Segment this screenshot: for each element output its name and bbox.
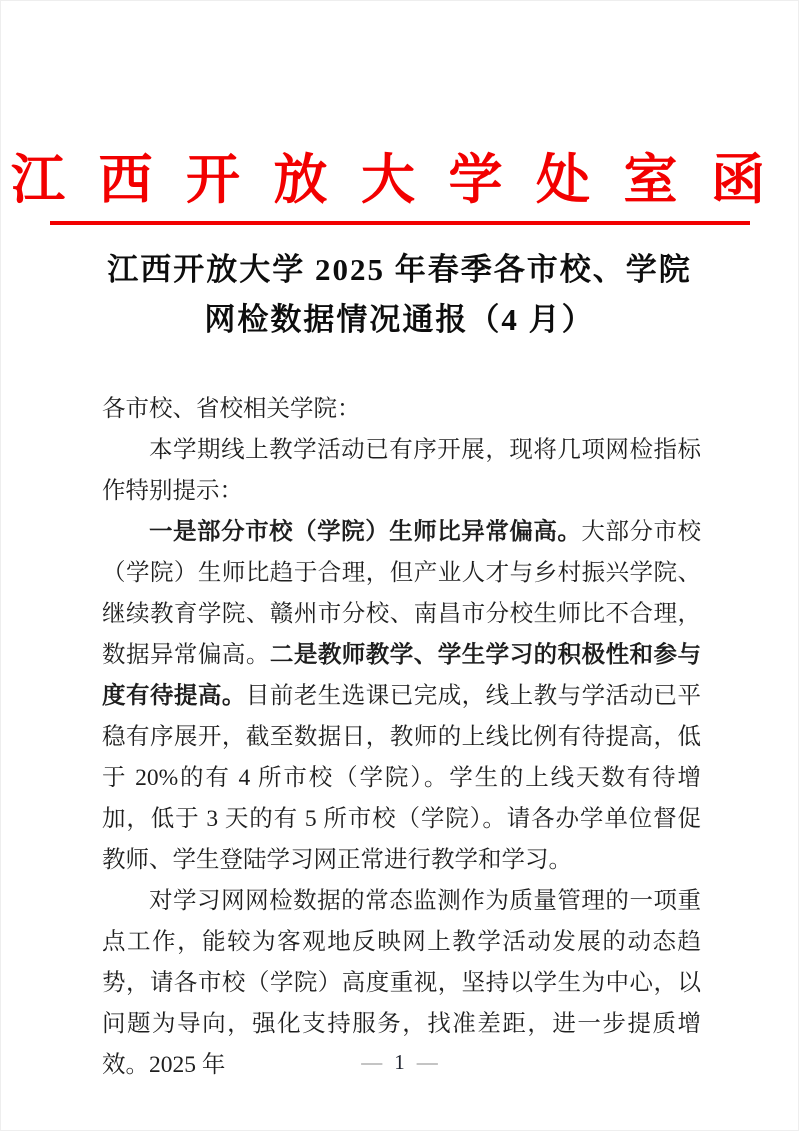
text-run-normal-2: 目前老生选课已完成，线上教与学活动已平稳有序展开，截至数据日，教师的上线比例有待… xyxy=(102,683,701,873)
document-title-line-1: 江西开放大学 2025 年春季各市校、学院 xyxy=(1,245,798,295)
paragraph-main: 一是部分市校（学院）生师比异常偏高。大部分市校（学院）生师比趋于合理，但产业人才… xyxy=(102,512,701,881)
letterhead-divider xyxy=(50,221,750,225)
salutation: 各市校、省校相关学院： xyxy=(102,389,701,430)
page-number: —1— xyxy=(1,1049,798,1075)
page-number-dash-left: — xyxy=(361,1050,382,1074)
page-number-value: 1 xyxy=(382,1050,417,1074)
paragraph-intro: 本学期线上教学活动已有序开展，现将几项网检指标作特别提示： xyxy=(102,430,701,512)
document-title-line-2: 网检数据情况通报（4 月） xyxy=(1,295,798,345)
page-number-dash-right: — xyxy=(417,1050,438,1074)
document-body: 各市校、省校相关学院： 本学期线上教学活动已有序开展，现将几项网检指标作特别提示… xyxy=(102,389,701,1086)
letterhead-title: 江 西 开 放 大 学 处 室 函 件 xyxy=(1,1,798,209)
document-page: 江 西 开 放 大 学 处 室 函 件 江西开放大学 2025 年春季各市校、学… xyxy=(0,0,799,1131)
document-title: 江西开放大学 2025 年春季各市校、学院 网检数据情况通报（4 月） xyxy=(1,245,798,345)
text-run-emphasis-1: 一是部分市校（学院）生师比异常偏高。 xyxy=(149,519,581,545)
